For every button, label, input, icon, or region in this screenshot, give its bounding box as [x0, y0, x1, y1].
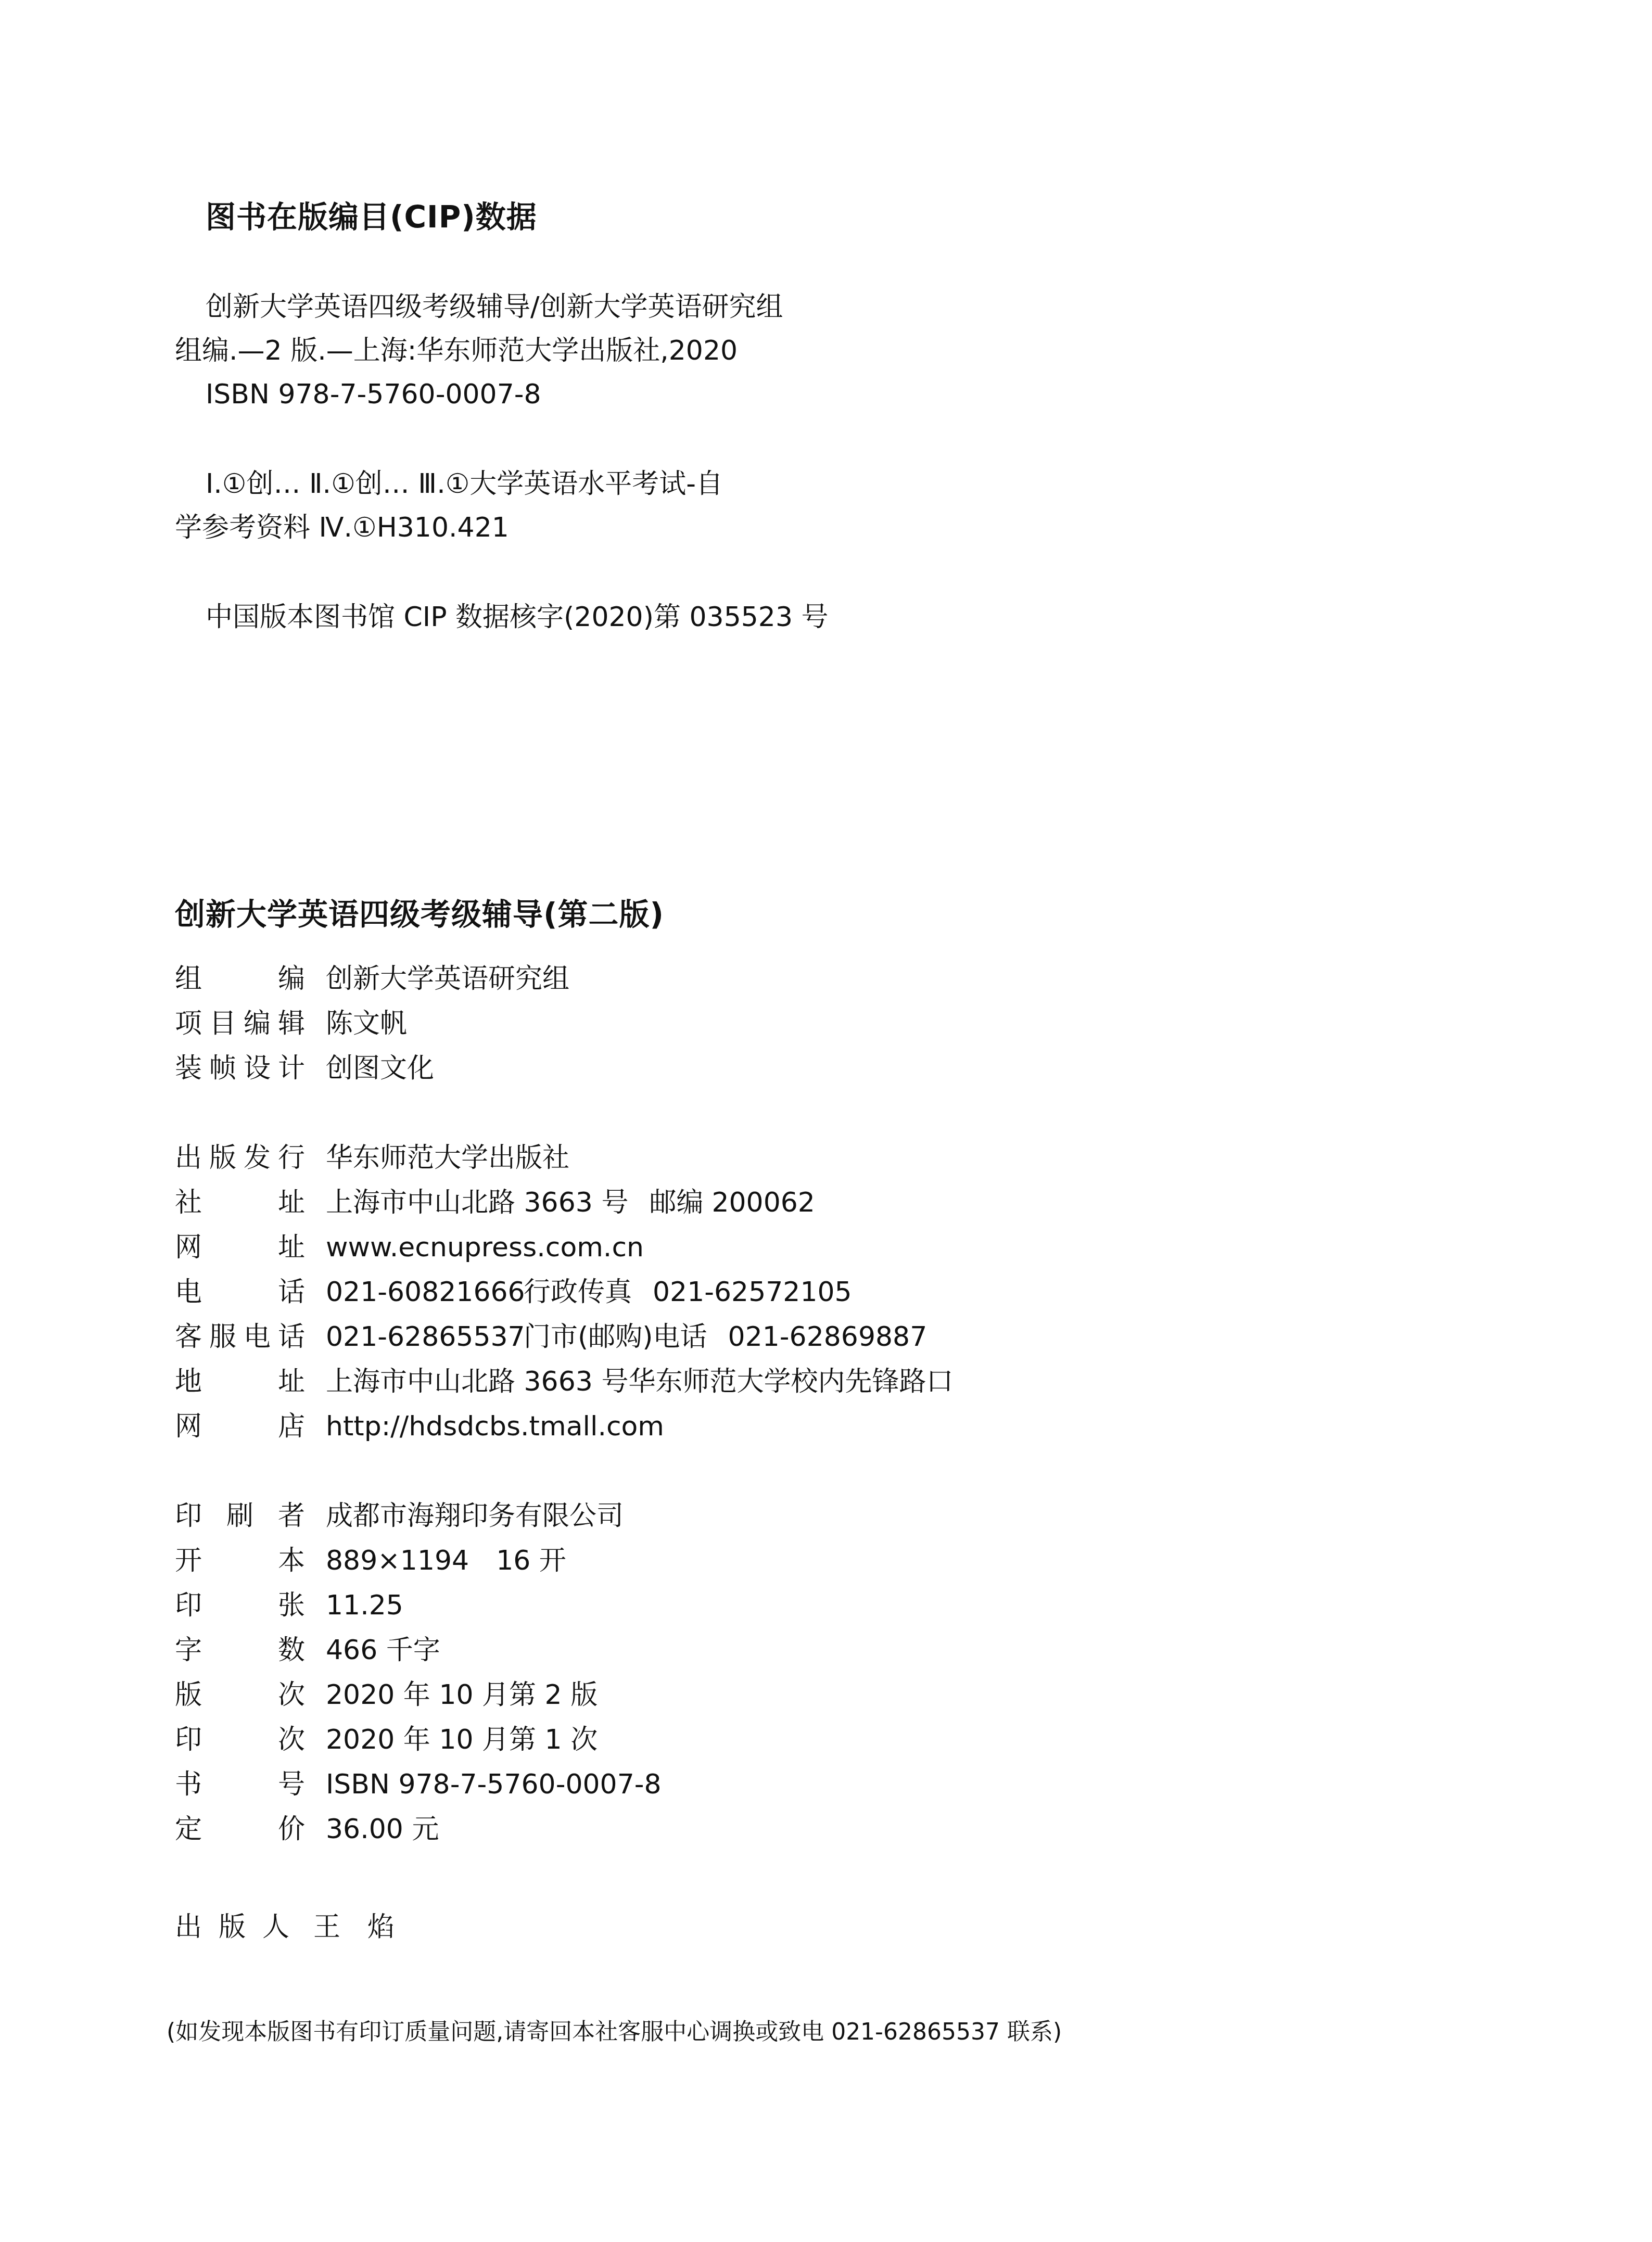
credit-row-editor: 组编 创新大学英语研究组: [175, 957, 569, 1001]
printing-row-sheets: 印张 11.25: [175, 1583, 403, 1628]
credit-value: 陈文帆: [326, 1001, 407, 1046]
cip-line-2: 组编.—2 版.—上海:华东师范大学出版社,2020: [175, 329, 738, 373]
printing-row-edition: 版次 2020 年 10 月第 2 版: [175, 1673, 598, 1717]
online-store-link[interactable]: http://hdsdcbs.tmall.com: [326, 1404, 664, 1449]
publisher-row-location: 地址 上海市中山北路 3663 号华东师范大学校内先锋路口: [175, 1359, 953, 1404]
postal-code: 200062: [711, 1180, 815, 1225]
fax-number: 021-62572105: [653, 1270, 852, 1315]
credit-row-project-editor: 项目编辑 陈文帆: [175, 1001, 407, 1046]
printing-row-price: 定价 36.00 元: [175, 1807, 439, 1852]
publisher-row-issuer: 出版发行 华东师范大学出版社: [175, 1136, 569, 1180]
cip-classification-line-1: Ⅰ.①创… Ⅱ.①创… Ⅲ.①大学英语水平考试-自: [206, 462, 723, 506]
cip-line-1: 创新大学英语四级考级辅导/创新大学英语研究组: [206, 285, 783, 329]
cip-isbn-line: ISBN 978-7-5760-0007-8: [206, 373, 541, 416]
publisher-row-customer-service: 客服电话 021-62865537 门市(邮购)电话 021-62869887: [175, 1315, 927, 1359]
credit-row-design: 装帧设计 创图文化: [175, 1046, 434, 1091]
printing-row-format: 开本 889×1194 16 开: [175, 1538, 566, 1583]
retail-phone: 021-62869887: [728, 1315, 927, 1359]
credit-value: 创新大学英语研究组: [326, 957, 569, 1001]
cip-record-number: 中国版本图书馆 CIP 数据核字(2020)第 035523 号: [206, 595, 829, 639]
cip-heading: 图书在版编目(CIP)数据: [206, 193, 537, 236]
publisher-row-address: 社址 上海市中山北路 3663 号 邮编 200062: [175, 1180, 815, 1225]
printing-row-word-count: 字数 466 千字: [175, 1628, 440, 1673]
quality-notice: (如发现本版图书有印订质量问题,请寄回本社客服中心调换或致电 021-62865…: [167, 2013, 1062, 2046]
publisher-row-phone: 电话 021-60821666 行政传真 021-62572105: [175, 1270, 852, 1315]
publisher-row-website: 网址 www.ecnupress.com.cn: [175, 1225, 644, 1270]
book-title: 创新大学英语四级考级辅导(第二版): [175, 890, 664, 934]
printing-row-isbn: 书号 ISBN 978-7-5760-0007-8: [175, 1762, 662, 1807]
website-link[interactable]: www.ecnupress.com.cn: [326, 1225, 644, 1270]
printing-row-impression: 印次 2020 年 10 月第 1 次: [175, 1717, 598, 1762]
publisher-row-online-store: 网店 http://hdsdcbs.tmall.com: [175, 1404, 664, 1449]
publisher-person-row: 出版人 王 焰: [175, 1905, 395, 1950]
credit-value: 创图文化: [326, 1046, 434, 1091]
cip-classification-line-2: 学参考资料 Ⅳ.①H310.421: [175, 506, 509, 550]
printing-row-printer: 印刷者 成都市海翔印务有限公司: [175, 1494, 624, 1538]
